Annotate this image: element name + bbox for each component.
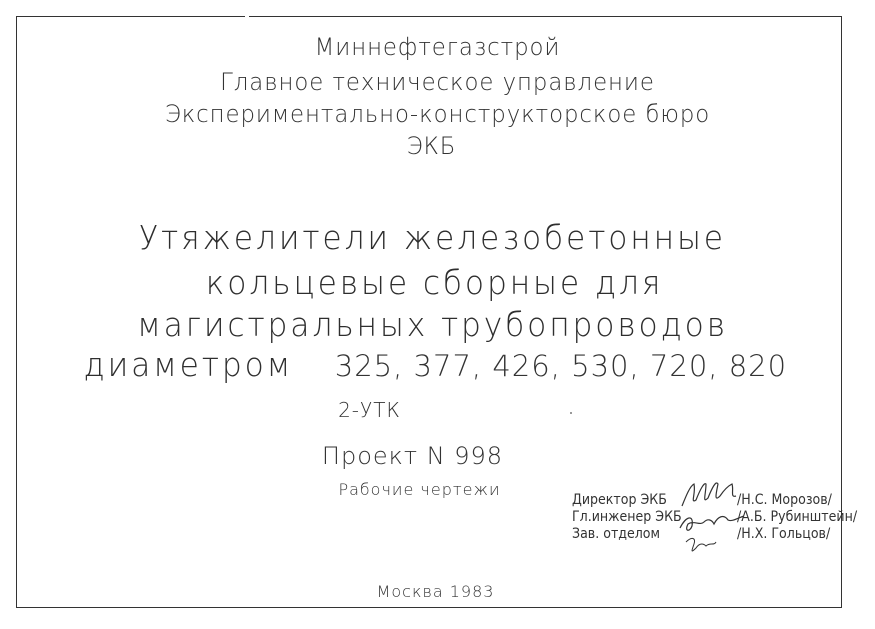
title-line-1: Утяжелители железобетонные	[17, 218, 848, 257]
diameter-values: 325, 377, 426, 530, 720, 820	[335, 349, 787, 383]
position-department-head: Зав. отделом	[572, 526, 682, 543]
project-number: Проект N 998	[0, 442, 850, 470]
signatory-names: /Н.С. Морозов/ /А.Б. Рубинштейн/ /Н.Х. Г…	[737, 492, 857, 543]
name-department-head: /Н.Х. Гольцов/	[737, 526, 857, 543]
title-line-4: диаметром 325, 377, 426, 530, 720, 820	[0, 345, 870, 384]
designation: 2-УТК	[0, 398, 807, 422]
diameter-label: диаметром	[83, 345, 293, 384]
bureau-name: Экспериментально-конструкторское бюро	[22, 100, 853, 128]
bureau-abbreviation: ЭКБ	[16, 132, 847, 160]
name-chief-engineer: /А.Б. Рубинштейн/	[737, 509, 857, 526]
frame-gap	[245, 14, 249, 18]
name-director: /Н.С. Морозов/	[737, 492, 857, 509]
signatory-positions: Директор ЭКБ Гл.инженер ЭКБ Зав. отделом	[572, 492, 682, 543]
position-chief-engineer: Гл.инженер ЭКБ	[572, 509, 682, 526]
speck	[570, 412, 572, 414]
title-line-2: кольцевые сборные для	[19, 263, 850, 302]
title-line-3: магистральных трубопроводов	[17, 305, 848, 344]
ministry-name: Миннефтегазстрой	[22, 33, 853, 61]
position-director: Директор ЭКБ	[572, 492, 682, 509]
department-name: Главное техническое управление	[22, 68, 853, 96]
footer-city-year: Москва 1983	[0, 582, 873, 601]
handwritten-signatures	[676, 476, 746, 558]
